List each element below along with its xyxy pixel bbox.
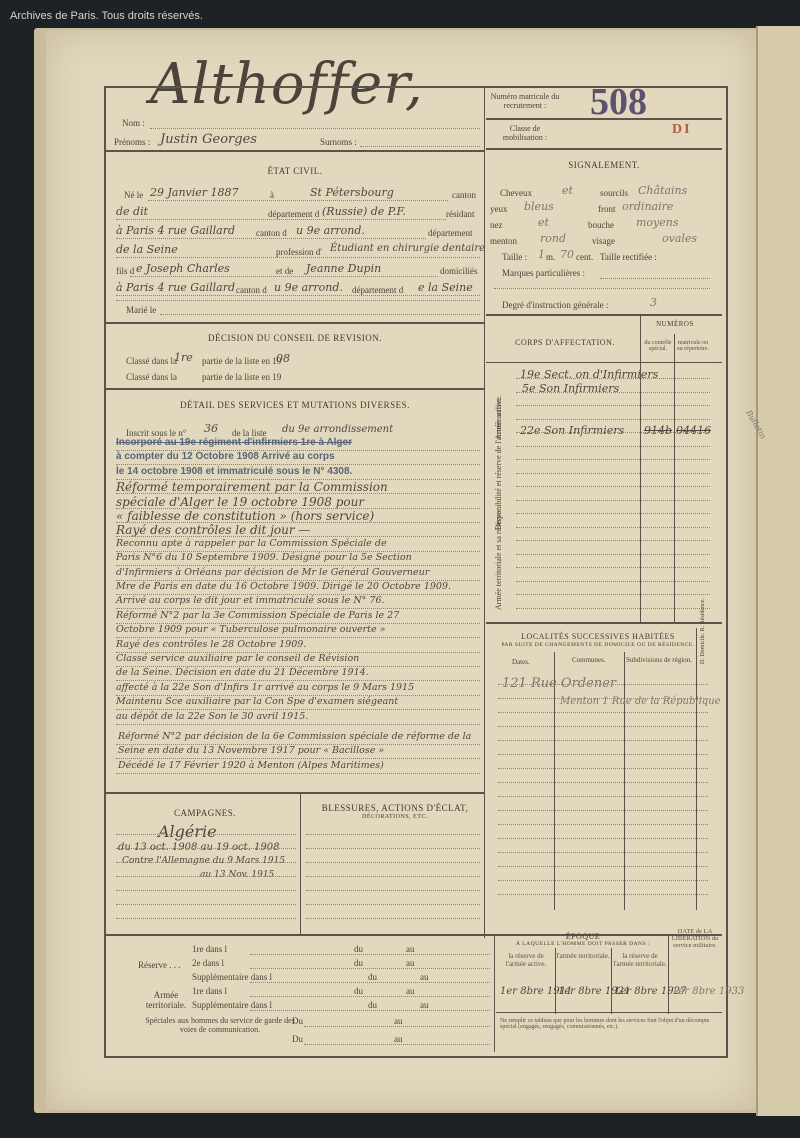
canton2-value: u 9e arrond. [296,224,365,237]
front-value: ordinaire [622,200,673,213]
reserve-label: Réserve . . . [138,960,181,970]
line [250,996,490,997]
departement3-value: e la Seine [418,281,473,294]
campagnes-title: CAMPAGNES. [110,808,300,818]
line [498,838,708,839]
yeux-label: yeux [490,204,508,214]
ne-le-label: Né le [124,190,143,200]
blessures-subtitle: DÉCORATIONS, ETC. [300,814,490,820]
cheveux-value: et [562,184,573,197]
au-label: au [420,1000,429,1010]
corps-entry: 5e Son Infirmiers [522,382,619,395]
au-label: au [406,958,415,968]
line [516,608,710,609]
domicilies-label: domiciliés [440,266,478,276]
line [516,446,710,447]
line [498,726,708,727]
epoque-col-reserve-territoriale: la réserve de l'armée territoriale. [612,952,668,968]
line [498,712,708,713]
canton-value: de dit [116,205,148,218]
au-label: au [406,986,415,996]
line [116,773,480,774]
epoque-note: Ne remplir ce tableau que pour les homme… [500,1018,714,1030]
col-dates: Dates. [512,658,530,666]
taille-unit: m. [546,252,555,262]
divider [486,362,722,363]
line [516,392,710,393]
epoque-title: ÉPOQUE [498,932,668,941]
service-line: de la Seine. Décision en date du 21 Déce… [116,667,369,678]
column-divider [668,934,669,1014]
service-line: Rayé des contrôles le 28 Octobre 1909. [116,639,306,650]
du-label: du [354,986,363,996]
au-label: au [420,972,429,982]
bouche-label: bouche [588,220,614,230]
reserve-row-label: Supplémentaire dans l [192,972,272,982]
armee-territoriale-label: Armée territoriale. [144,990,188,1010]
line [306,834,480,835]
service-line: Arrivé au corps le dit jour et immatricu… [116,595,385,606]
divider [486,314,722,316]
divider [486,622,722,624]
column-divider [696,628,697,910]
residence-value: à Paris 4 rue Gaillard [116,224,235,237]
classe-label: Classe de mobilisation : [490,124,560,142]
departement-value: (Russie) de P.F. [322,205,406,218]
canton2-label: canton d [256,228,287,238]
col-domicile-residence: D. Domicile. R. Résidence. [700,598,706,664]
campagne-algerie: Algérie [158,822,217,841]
line [516,432,710,433]
service-line: le 14 octobre 1908 et immatriculé sous l… [116,466,352,477]
corps-title: CORPS D'AFFECTATION. [500,338,630,347]
line [600,278,710,279]
line [516,594,710,595]
cheveux-label: Cheveux [500,188,532,198]
surnoms-label: Surnoms : [320,137,357,147]
service-line: Paris N°6 du 10 Septembre 1909. Désigné … [116,552,412,563]
line [516,527,710,528]
line [306,862,480,863]
etat-civil-title: ÉTAT CIVIL. [106,166,484,176]
line [516,513,710,514]
profession-value: Étudiant en chirurgie dentaire [330,243,485,254]
visage-label: visage [592,236,615,246]
fils-label: fils d [116,266,134,276]
reserve-row-label: 1re dans l [192,986,227,996]
line [498,782,708,783]
line [116,890,296,891]
line [498,810,708,811]
classe-dans-la-label: Classé dans la [126,356,177,366]
line [116,238,426,239]
line [116,257,480,258]
a-label: à [270,190,274,200]
line [306,918,480,919]
reserve-row-label: 1re dans l [192,944,227,954]
line [306,876,480,877]
campagne-end: au 13 Nov. 1915 [200,870,274,880]
corps-entry: 19e Sect. on d'Infirmiers [520,368,658,381]
taille-label: Taille : [502,252,527,262]
line [498,684,708,685]
menton-label: menton [490,236,517,246]
service-line: Réformé temporairement par la Commission [116,480,388,494]
sourcils-value: Châtains [638,184,687,197]
canton-label: canton [452,190,476,200]
line [116,295,480,296]
birth-place: St Pétersbourg [310,186,394,199]
departement-label: département d [268,209,319,219]
service-line: « faiblesse de constitution » (hors serv… [116,509,374,523]
divider [106,388,484,390]
section-territoriale: Armée territoriale et sa réserve. [494,509,503,610]
line [516,419,710,420]
line [306,890,480,891]
line [116,724,480,725]
prenoms-value: Justin Georges [160,132,257,147]
degre-value: 3 [650,296,657,309]
line [498,894,708,895]
divider [496,1012,722,1013]
du-label: du [368,972,377,982]
service-line: Incorporé au 19e régiment d'infirmiers 1… [116,437,352,448]
du-label: Du [292,1034,303,1044]
classe-year: 08 [276,352,290,365]
line [306,848,480,849]
campagne-allemagne: Contre l'Allemagne du 9 Mars 1915 [122,856,285,866]
service-line: d'Infirmiers à Orléans par décision de M… [116,567,429,578]
localites-subtitle: PAR SUITE DE CHANGEMENTS DE DOMICILE OU … [492,642,704,648]
departement3-label: département d [352,285,403,295]
surnoms-line [360,146,480,147]
service-line: Rayé des contrôles le dit jour — [116,523,310,537]
line [304,1044,490,1045]
service-line: affecté à la 22e Son d'Infirs 1r arrivé … [116,682,414,693]
line [116,876,296,877]
epoque-subtitle: À LAQUELLE L'HOMME DOIT PASSER DANS : [498,941,668,947]
front-label: front [598,204,616,214]
father-name: e Joseph Charles [136,262,230,275]
line [516,459,710,460]
line [498,768,708,769]
profession-label: profession d' [276,247,322,257]
corps-entry: 22e Son Infirmiers [520,424,624,437]
canton3-label: canton d [236,285,267,295]
taille-cent: cent. [576,252,593,262]
line [148,200,448,201]
line [516,486,710,487]
classe-dans-la-label-2: Classé dans la [126,372,177,382]
et-de-label: et de [276,266,293,276]
divider [486,148,722,150]
line [516,567,710,568]
yeux-value: bleus [524,200,554,213]
divider [106,792,484,794]
line [116,862,296,863]
col-subdivisions: Subdivisions de région. [626,656,692,664]
line [498,824,708,825]
line [498,866,708,867]
service-line: Octobre 1909 pour « Tuberculose pulmonai… [116,624,385,635]
column-divider [494,934,495,1052]
menton-value: rond [540,232,566,245]
au-label: au [394,1016,403,1026]
numeros-title: NUMÉROS [640,320,710,328]
au-label: au [394,1034,403,1044]
reserve-row-label: Supplémentaire dans l [192,1000,272,1010]
du-label: du [368,1000,377,1010]
liste-value: du 9e arrondissement [282,424,393,435]
bouche-value: moyens [636,216,679,229]
col-matricule: matricule ou au répertoire. [676,340,710,352]
divider [486,118,722,120]
line [116,300,480,301]
col-controle: du contrôle spécial. [642,340,674,352]
birth-date: 29 Janvier 1887 [150,186,239,199]
line [498,880,708,881]
signalement-title: SIGNALEMENT. [486,160,722,170]
service-line: au dépôt de la 22e Son le 30 avril 1915. [116,711,308,722]
service-line: Réformé N°2 par la 3e Commission Spécial… [116,610,399,621]
line [250,954,490,955]
line [116,848,296,849]
taille-cm: 70 [560,248,574,261]
service-line: Classé service auxiliaire par le conseil… [116,653,359,664]
matricule-label: Numéro matricule du recrutement : [490,92,560,110]
line [516,540,710,541]
line [516,405,710,406]
service-line: à compter du 12 Octobre 1908 Arrivé au c… [116,451,335,462]
service-line: Mre de Paris en date du 16 Octobre 1909.… [116,581,451,592]
au-label: au [406,944,415,954]
service-line: spéciale d'Alger le 19 octobre 1908 pour [116,495,364,509]
inscrit-number: 36 [204,422,218,435]
line [516,378,710,379]
mother-name: Jeanne Dupin [306,262,381,275]
matricule-number: 04416 [676,424,711,437]
epoque-col-reserve: la réserve de l'armée active. [498,952,554,968]
nom-label: Nom : [122,118,145,128]
controle-number: 914b [644,424,672,437]
line [304,1026,490,1027]
taille-m: 1 [538,248,545,261]
localites-title: LOCALITÉS SUCCESSIVES HABITÉES [492,632,704,641]
prenoms-label: Prénoms : [114,137,150,147]
visage-value: ovales [662,232,697,245]
date-liberation-title: DATE de LA LIBÉRATION du service militai… [670,928,720,949]
divider [106,150,484,152]
service-line: Décédé le 17 Février 1920 à Menton (Alpe… [118,760,384,771]
reserve-row-label: 2e dans l [192,958,224,968]
line [516,554,710,555]
line [116,904,296,905]
line [250,968,490,969]
service-line: Reconnu apte à rappeler par la Commissio… [116,538,387,549]
line [516,473,710,474]
decision-title: DÉCISION DU CONSEIL DE REVISION. [106,333,484,343]
column-divider [611,948,612,1014]
sourcils-label: sourcils [600,188,628,198]
divider [106,322,484,324]
line [498,852,708,853]
partie-liste-label-2: partie de la liste en 19 [202,372,281,382]
line [160,314,480,315]
du-label: du [354,944,363,954]
archive-watermark: Archives de Paris. Tous droits réservés. [10,10,203,22]
marques-label: Marques particulières : [502,268,585,278]
line [116,834,296,835]
service-line: Réformé N°2 par décision de la 6e Commis… [118,731,471,742]
nom-line [150,128,480,129]
service-line: Seine en date du 13 Novembre 1917 pour «… [118,745,384,756]
line [250,1010,490,1011]
column-divider [555,948,556,1014]
column-divider [624,652,625,910]
canton3-value: u 9e arrond. [274,281,343,294]
classe-stamp: DI [672,122,692,138]
line [498,740,708,741]
du-label: Du [292,1016,303,1026]
departement2-value: de la Seine [116,243,178,256]
partie-liste-label: partie de la liste en 19 [202,356,281,366]
departement2-label: département [428,228,472,238]
col-communes: Communes. [572,656,606,664]
line [498,698,708,699]
du-label: du [354,958,363,968]
line [250,982,490,983]
line [516,581,710,582]
right-page-edge [756,26,800,1116]
blessures-title: BLESSURES, ACTIONS D'ÉCLAT, [300,803,490,813]
date-liberation-value: 1er 8bre 1933 [672,986,744,997]
marie-label: Marié le [126,305,156,315]
service-line: Maintenu Sce auxiliaire par la Con Spe d… [116,696,398,707]
line [516,500,710,501]
line [498,754,708,755]
parents-domicile: à Paris 4 rue Gaillard [116,281,235,294]
line [498,796,708,797]
epoque-col-territoriale: l'armée territoriale. [556,952,610,960]
nez-label: nez [490,220,503,230]
nez-value: et [538,216,549,229]
line [116,219,446,220]
line [306,904,480,905]
line [494,288,710,289]
degre-label: Degré d'instruction générale : [502,300,608,310]
line [116,918,296,919]
classe-partie: 1re [174,351,193,364]
services-title: DÉTAIL DES SERVICES ET MUTATIONS DIVERSE… [106,400,484,410]
residant-label: résidant [446,209,475,219]
line [130,276,438,277]
taille-rectifiee-label: Taille rectifiée : [600,252,657,262]
speciales-label: Spéciales aux hommes du service de garde… [140,1016,300,1034]
